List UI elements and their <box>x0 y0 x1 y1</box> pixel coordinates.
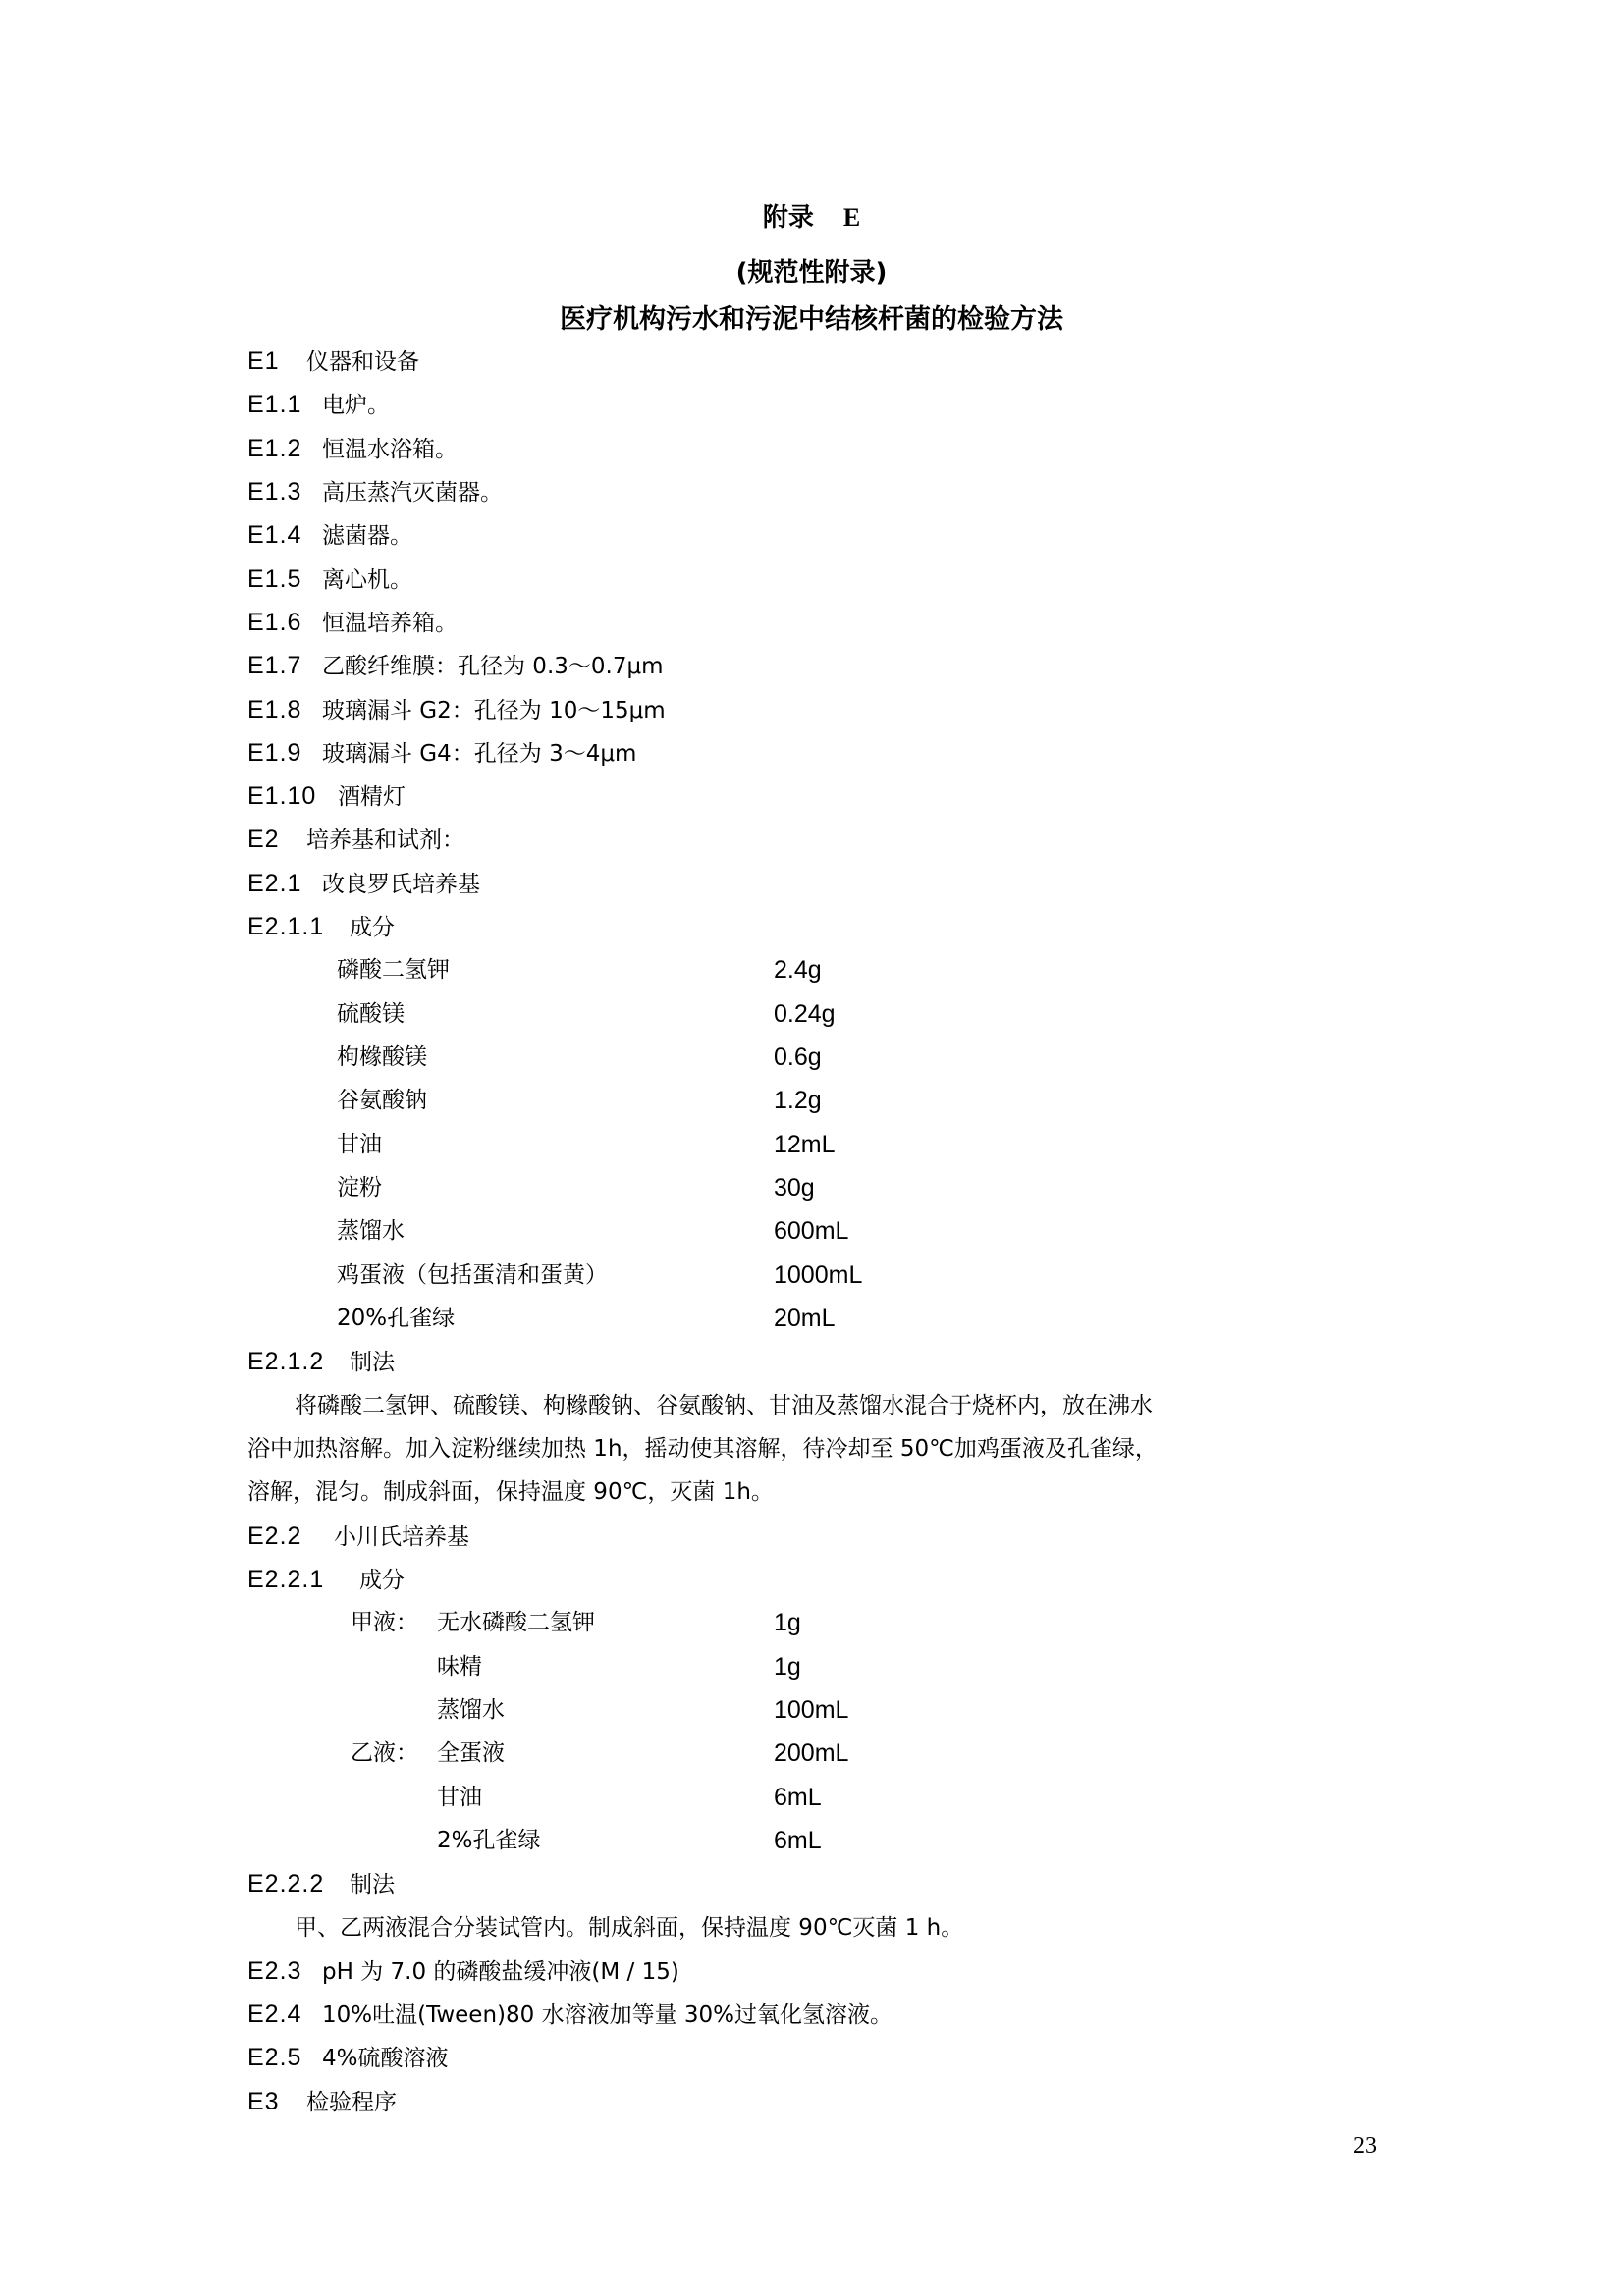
paragraph-line: 溶解，混匀。制成斜面，保持温度 90℃，灭菌 1h。 <box>247 1477 774 1507</box>
ingredient-amount: 0.6g <box>774 1042 822 1072</box>
ingredient-amount: 200mL <box>774 1738 848 1768</box>
list-item: E1.2恒温水浴箱。 <box>247 434 458 463</box>
section-heading: 检验程序 <box>306 2090 397 2115</box>
section-e2-4: E2.410%吐温(Tween)80 水溶液加等量 30%过氧化氢溶液。 <box>247 2000 893 2029</box>
list-item: E1.8玻璃漏斗 G2：孔径为 10～15μm <box>247 695 666 724</box>
section-e2-2: E2.2小川氏培养基 <box>247 1522 469 1551</box>
ingredient-amount: 1g <box>774 1652 801 1682</box>
page-number: 23 <box>1353 2132 1377 2160</box>
list-item: E1.7乙酸纤维膜：孔径为 0.3～0.7μm <box>247 651 664 680</box>
section-e2-1: E2.1改良罗氏培养基 <box>247 869 480 898</box>
solution-group-label: 甲液： <box>351 1608 418 1637</box>
ingredient-name: 蒸馏水 <box>337 1216 405 1246</box>
section-e2-3: E2.3pH 为 7.0 的磷酸盐缓冲液(M / 15) <box>247 1956 679 1986</box>
section-e2-2-2: E2.2.2制法 <box>247 1869 395 1898</box>
list-item: E1.3高压蒸汽灭菌器。 <box>247 477 503 507</box>
section-e2-1-1: E2.1.1成分 <box>247 912 395 941</box>
ingredient-amount: 100mL <box>774 1695 848 1725</box>
ingredient-amount: 6mL <box>774 1783 822 1812</box>
ingredient-name: 2%孔雀绿 <box>437 1826 541 1855</box>
section-e2-5: E2.54%硫酸溶液 <box>247 2043 449 2072</box>
list-item: E1.5离心机。 <box>247 564 412 594</box>
paragraph-line: 甲、乙两液混合分装试管内。制成斜面，保持温度 90℃灭菌 1 h。 <box>295 1913 963 1943</box>
paragraph-line: 将磷酸二氢钾、硫酸镁、枸橼酸钠、谷氨酸钠、甘油及蒸馏水混合于烧杯内，放在沸水 <box>295 1391 1153 1420</box>
ingredient-amount: 0.24g <box>774 999 836 1029</box>
ingredient-name: 20%孔雀绿 <box>337 1304 455 1333</box>
ingredient-amount: 600mL <box>774 1216 848 1246</box>
section-e2-2-1: E2.2.1成分 <box>247 1565 405 1594</box>
ingredient-amount: 1g <box>774 1608 801 1637</box>
ingredient-amount: 1000mL <box>774 1260 862 1290</box>
list-item: E1.10酒精灯 <box>247 781 406 811</box>
section-heading: 仪器和设备 <box>306 349 419 375</box>
normative-label: (规范性附录) <box>0 257 1623 289</box>
ingredient-amount: 6mL <box>774 1826 822 1855</box>
list-item: E1.9玻璃漏斗 G4：孔径为 3～4μm <box>247 738 636 768</box>
ingredient-amount: 2.4g <box>774 955 822 985</box>
section-e1: E1仪器和设备 <box>247 347 419 376</box>
appendix-letter: E <box>843 203 860 232</box>
section-number: E1 <box>247 347 306 376</box>
ingredient-name: 甘油 <box>337 1130 382 1159</box>
ingredient-name: 鸡蛋液（包括蛋清和蛋黄） <box>337 1260 608 1290</box>
ingredient-amount: 12mL <box>774 1130 836 1159</box>
appendix-heading: 附录E <box>0 202 1623 234</box>
ingredient-name: 谷氨酸钠 <box>337 1086 427 1115</box>
ingredient-name: 枸橼酸镁 <box>337 1042 427 1072</box>
section-heading: 培养基和试剂： <box>306 828 464 853</box>
section-e2: E2培养基和试剂： <box>247 825 464 854</box>
ingredient-name: 无水磷酸二氢钾 <box>437 1608 595 1637</box>
appendix-label: 附录 <box>763 203 814 232</box>
ingredient-name: 硫酸镁 <box>337 999 405 1029</box>
document-title: 医疗机构污水和污泥中结核杆菌的检验方法 <box>0 303 1623 337</box>
section-e2-1-2: E2.1.2制法 <box>247 1347 395 1376</box>
ingredient-name: 味精 <box>437 1652 482 1682</box>
ingredient-name: 淀粉 <box>337 1173 382 1202</box>
list-item: E1.1电炉。 <box>247 390 390 419</box>
list-item: E1.6恒温培养箱。 <box>247 608 458 637</box>
ingredient-name: 蒸馏水 <box>437 1695 505 1725</box>
section-e3: E3检验程序 <box>247 2087 397 2116</box>
document-page: 附录E (规范性附录) 医疗机构污水和污泥中结核杆菌的检验方法 E1仪器和设备 … <box>0 0 1623 2296</box>
ingredient-amount: 20mL <box>774 1304 836 1333</box>
paragraph-line: 浴中加热溶解。加入淀粉继续加热 1h，摇动使其溶解，待冷却至 50℃加鸡蛋液及孔… <box>247 1434 1158 1464</box>
list-item: E1.4滤菌器。 <box>247 520 412 550</box>
ingredient-amount: 1.2g <box>774 1086 822 1115</box>
ingredient-amount: 30g <box>774 1173 815 1202</box>
ingredient-name: 甘油 <box>437 1783 482 1812</box>
section-number: E3 <box>247 2087 306 2116</box>
section-number: E2 <box>247 825 306 854</box>
solution-group-label: 乙液： <box>351 1738 418 1768</box>
ingredient-name: 磷酸二氢钾 <box>337 955 450 985</box>
ingredient-name: 全蛋液 <box>437 1738 505 1768</box>
